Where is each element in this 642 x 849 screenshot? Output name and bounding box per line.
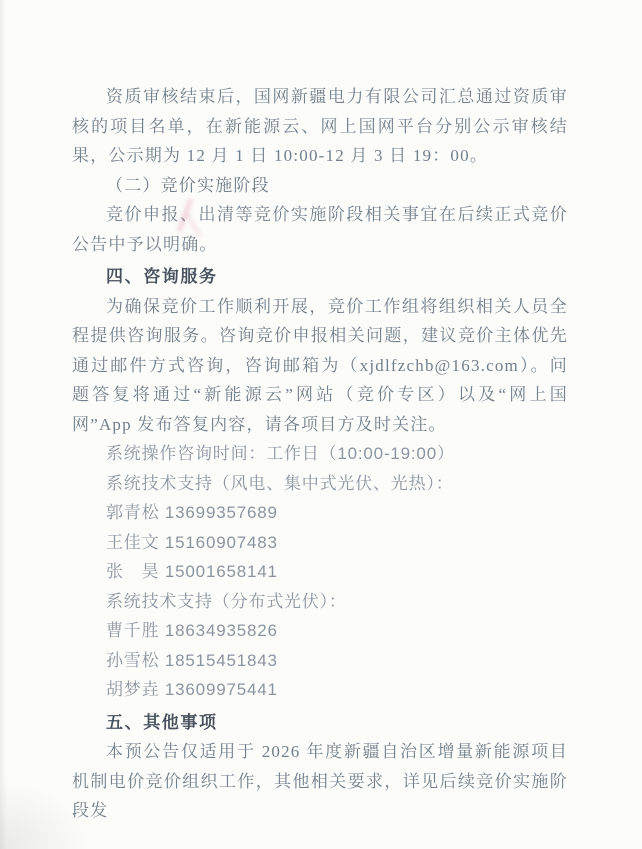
subheading-bidding-implementation-phase: （二）竞价实施阶段 <box>72 171 568 201</box>
scanned-document-page: 资质审核结束后，国网新疆电力有限公司汇总通过资质审核的项目名单，在新能源云、网上… <box>0 0 642 849</box>
heading-consulting-services: 四、咨询服务 <box>72 262 568 292</box>
contact-zhang-hao: 张 昊 15001658141 <box>72 557 568 587</box>
contact-cao-qiansheng: 曹千胜 18634935826 <box>72 616 568 646</box>
line-tech-support-wind-centralized-pv: 系统技术支持（风电、集中式光伏、光热）： <box>72 469 568 499</box>
contact-guo-qingsong: 郭青松 13699357689 <box>72 498 568 528</box>
para-consulting-services-detail: 为确保竞价工作顺利开展，竞价工作组将组织相关人员全程提供咨询服务。咨询竞价申报相… <box>72 292 568 440</box>
contact-hu-mengyao: 胡梦垚 13609975441 <box>72 675 568 705</box>
para-qualification-review-publicity: 资质审核结束后，国网新疆电力有限公司汇总通过资质审核的项目名单，在新能源云、网上… <box>72 82 568 171</box>
contact-sun-xuesong: 孙雪松 18515451843 <box>72 646 568 676</box>
heading-other-matters: 五、其他事项 <box>72 708 568 738</box>
para-applicability-statement: 本预公告仅适用于 2026 年度新疆自治区增量新能源项目机制电价竞价组织工作，其… <box>72 737 568 826</box>
line-tech-support-distributed-pv: 系统技术支持（分布式光伏）： <box>72 587 568 617</box>
line-system-operation-hours: 系统操作咨询时间：工作日（10:00-19:00） <box>72 439 568 469</box>
contact-wang-jiawen: 王佳文 15160907483 <box>72 528 568 558</box>
para-bidding-declaration-clearing: 竞价申报、出清等竞价实施阶段相关事宜在后续正式竞价公告中予以明确。 <box>72 200 568 259</box>
